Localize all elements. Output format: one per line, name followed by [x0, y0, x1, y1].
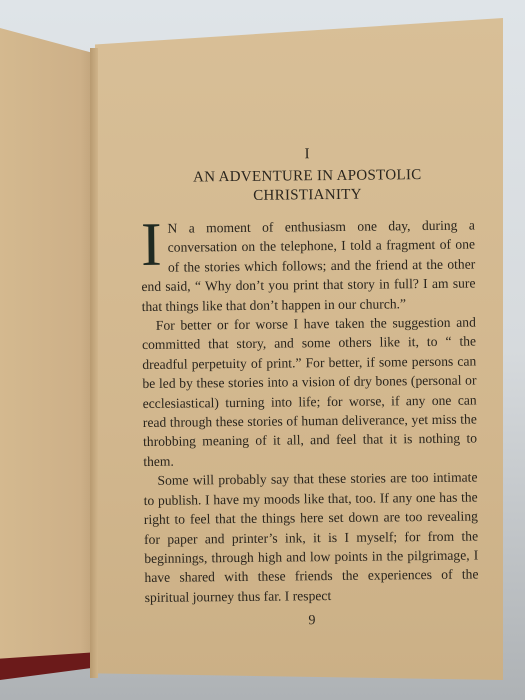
chapter-number: I: [140, 145, 474, 165]
book-gutter: [90, 48, 98, 678]
paragraph: Some will probably say that these storie…: [143, 468, 478, 607]
left-page: [0, 28, 95, 665]
drop-cap: I: [141, 221, 162, 269]
paragraph: IN a moment of enthusiasm one day, durin…: [141, 215, 476, 316]
chapter-title: AN ADVENTURE IN APOSTOLIC CHRISTIANITY: [140, 166, 474, 207]
paragraph-text: N a moment of enthusiasm one day, during…: [141, 217, 475, 313]
paragraph: For better or for worse I have taken the…: [142, 313, 478, 472]
page-text: I AN ADVENTURE IN APOSTOLIC CHRISTIANITY…: [140, 145, 479, 632]
